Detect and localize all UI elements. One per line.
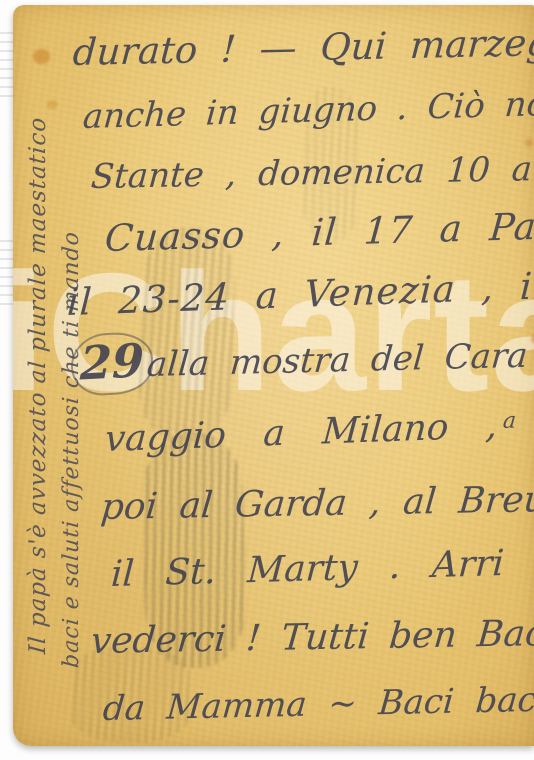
margin-note-inner: baci e saluti affettuosi che ti mando xyxy=(59,230,84,668)
handwritten-line: poi al Garda , al Breuil , xyxy=(99,478,534,528)
handwritten-line: Stante , domenica 10 andrem xyxy=(90,147,534,197)
handwritten-line: durato ! — Qui marzeggia xyxy=(72,20,534,74)
handwritten-line: il St. Marty . Arri xyxy=(110,543,505,595)
handwritten-line: anche in giugno . Ciò non o= xyxy=(81,81,534,137)
scanned-postcard-page: iCharta durato ! — Qui marzeggia anche i… xyxy=(0,0,534,760)
scanner-artifact-lines xyxy=(0,240,14,312)
margin-note-outer: Il papà s'è avvezzato al plurale maestat… xyxy=(25,116,51,655)
paper-stain xyxy=(47,100,58,109)
paper-stain xyxy=(33,49,50,64)
paper-stain xyxy=(525,139,533,147)
postcard: iCharta durato ! — Qui marzeggia anche i… xyxy=(13,5,534,746)
handwritten-line: da Mamma ~ Baci baci papà . xyxy=(101,677,534,729)
scanner-artifact-lines xyxy=(0,32,14,102)
handwritten-line: vederci ! Tutti ben Baci xyxy=(89,613,534,662)
